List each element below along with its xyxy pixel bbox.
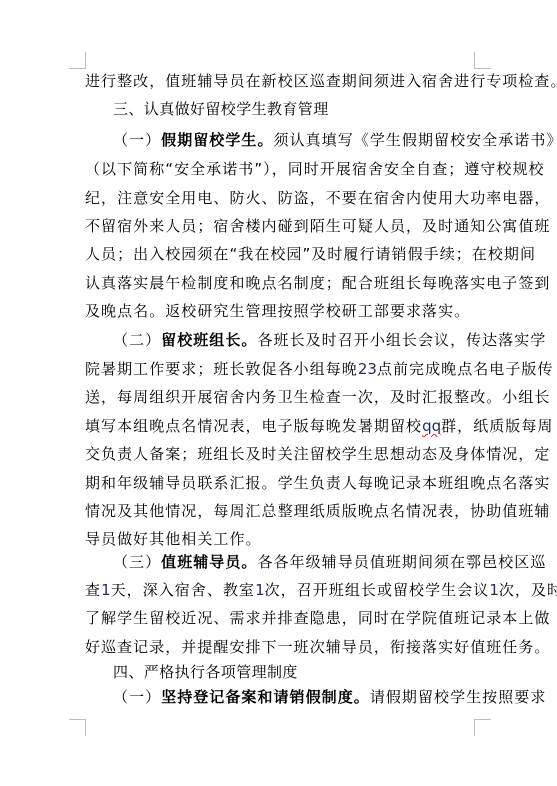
text-line: 好巡查记录，并提醒安排下一班次辅导员，衔接落实好值班任务。 bbox=[85, 637, 485, 657]
text-run: 认真落实晨午检制度和晚点名制度；配合班组长每晚落实电子签到 bbox=[85, 274, 550, 292]
text-line: 情况及其他情况，每周汇总整理纸质版晚点名情况表，协助值班辅 bbox=[85, 501, 485, 521]
text-line: 纪，注意安全用电、防火、防盗，不要在宿舍内使用大功率电器， bbox=[85, 188, 485, 208]
text-run: （二） bbox=[113, 331, 161, 349]
bold-subheading: 坚持登记备案和请销假制度。 bbox=[161, 688, 370, 706]
margin-corner-top-left bbox=[69, 52, 86, 69]
text-run: 交负责人备案；班组长及时关注留校学生思想动态及身体情况，定 bbox=[85, 445, 550, 463]
text-run: 及晚点名。返校研究生管理按照学校研工部要求落实。 bbox=[85, 302, 470, 320]
text-run: 不留宿外来人员；宿舍楼内碰到陌生可疑人员，及时通知公寓值班 bbox=[85, 217, 550, 235]
text-line: 院暑期工作要求；班长敦促各小组每晚23点前完成晚点名电子版传 bbox=[85, 359, 485, 379]
bold-subheading: 值班辅导员。 bbox=[161, 553, 257, 571]
text-run: 导员做好其他相关工作。 bbox=[85, 530, 262, 548]
text-line: 查1天，深入宿舍、教室1次，召开班组长或留校学生会议1次，及时 bbox=[85, 580, 485, 600]
bold-subheading: 假期留校学生。 bbox=[161, 131, 273, 149]
number-text: 1 bbox=[255, 581, 265, 599]
text-run: 好巡查记录，并提醒安排下一班次辅导员，衔接落实好值班任务。 bbox=[85, 638, 550, 656]
margin-corner-top-right bbox=[474, 52, 491, 69]
text-run: 次，及时 bbox=[499, 581, 557, 599]
text-line: （一）坚持登记备案和请销假制度。请假期留校学生按照要求 bbox=[113, 687, 513, 707]
text-run: 院暑期工作要求；班长敦促各小组每晚 bbox=[85, 360, 358, 378]
section-heading: 三、认真做好留校学生教育管理 bbox=[113, 99, 513, 119]
text-run: 三、认真做好留校学生教育管理 bbox=[113, 100, 329, 118]
text-run: 填写本组晚点名情况表，电子版每晚发暑期留校 bbox=[85, 417, 422, 435]
text-run: 送，每周组织开展宿舍内务卫生检查一次，及时汇报整改。小组长 bbox=[85, 388, 550, 406]
text-line: （二）留校班组长。各班长及时召开小组长会议，传达落实学 bbox=[113, 330, 513, 350]
number-text: 1 bbox=[489, 581, 499, 599]
text-line: 进行整改，值班辅导员在新校区巡查期间须进入宿舍进行专项检查。 bbox=[85, 71, 485, 91]
text-line: 交负责人备案；班组长及时关注留校学生思想动态及身体情况，定 bbox=[85, 444, 485, 464]
section-heading: 四、严格执行各项管理制度 bbox=[113, 662, 513, 682]
text-run: 了解学生留校近况、需求并排查隐患，同时在学院值班记录本上做 bbox=[85, 609, 550, 627]
number-text: 23 bbox=[358, 360, 377, 378]
text-line: 填写本组晚点名情况表，电子版每晚发暑期留校qq群，纸质版每周 bbox=[85, 416, 485, 436]
spellcheck-flagged-word: qq bbox=[422, 417, 441, 435]
text-line: （三）值班辅导员。各各年级辅导员值班期间须在鄠邑校区巡 bbox=[113, 552, 513, 572]
text-line: 期和年级辅导员联系汇报。学生负责人每晚记录本班组晚点名落实 bbox=[85, 473, 485, 493]
text-run: 进行整改，值班辅导员在新校区巡查期间须进入宿舍进行专项检查。 bbox=[85, 72, 557, 90]
text-line: 及晚点名。返校研究生管理按照学校研工部要求落实。 bbox=[85, 301, 485, 321]
text-run: （一） bbox=[113, 688, 161, 706]
document-page: 进行整改，值班辅导员在新校区巡查期间须进入宿舍进行专项检查。三、认真做好留校学生… bbox=[0, 0, 557, 786]
margin-corner-bottom-right bbox=[474, 719, 491, 736]
text-line: （以下简称“安全承诺书”），同时开展宿舍安全自查；遵守校规校 bbox=[85, 159, 485, 179]
text-run: 群，纸质版每周 bbox=[441, 417, 553, 435]
text-run: （三） bbox=[113, 553, 161, 571]
text-run: 各班长及时召开小组长会议，传达落实学 bbox=[257, 331, 546, 349]
text-run: 查 bbox=[85, 581, 101, 599]
text-run: 须认真填写《学生假期留校安全承诺书》 bbox=[274, 131, 557, 149]
bold-subheading: 留校班组长。 bbox=[161, 331, 257, 349]
margin-corner-bottom-left bbox=[69, 719, 86, 736]
text-run: 次，召开班组长或留校学生会议 bbox=[265, 581, 490, 599]
text-run: 点前完成晚点名电子版传 bbox=[377, 360, 554, 378]
text-run: （一） bbox=[113, 131, 161, 149]
text-line: 了解学生留校近况、需求并排查隐患，同时在学院值班记录本上做 bbox=[85, 608, 485, 628]
text-run: 天，深入宿舍、教室 bbox=[111, 581, 255, 599]
text-run: 期和年级辅导员联系汇报。学生负责人每晚记录本班组晚点名落实 bbox=[85, 474, 550, 492]
text-line: 导员做好其他相关工作。 bbox=[85, 529, 485, 549]
text-line: （一）假期留校学生。须认真填写《学生假期留校安全承诺书》 bbox=[113, 130, 513, 150]
text-line: 送，每周组织开展宿舍内务卫生检查一次，及时汇报整改。小组长 bbox=[85, 387, 485, 407]
text-line: 认真落实晨午检制度和晚点名制度；配合班组长每晚落实电子签到 bbox=[85, 273, 485, 293]
text-line: 不留宿外来人员；宿舍楼内碰到陌生可疑人员，及时通知公寓值班 bbox=[85, 216, 485, 236]
number-text: 1 bbox=[101, 581, 111, 599]
text-run: 人员；出入校园须在“我在校园”及时履行请销假手续；在校期间 bbox=[85, 245, 536, 263]
text-run: （以下简称“安全承诺书”），同时开展宿舍安全自查；遵守校规校 bbox=[85, 160, 545, 178]
text-run: 请假期留校学生按照要求 bbox=[370, 688, 547, 706]
text-line: 人员；出入校园须在“我在校园”及时履行请销假手续；在校期间 bbox=[85, 244, 485, 264]
text-run: 纪，注意安全用电、防火、防盗，不要在宿舍内使用大功率电器， bbox=[85, 189, 550, 207]
text-run: 情况及其他情况，每周汇总整理纸质版晚点名情况表，协助值班辅 bbox=[85, 502, 550, 520]
text-run: 四、严格执行各项管理制度 bbox=[113, 663, 298, 681]
text-run: 各各年级辅导员值班期间须在鄠邑校区巡 bbox=[257, 553, 546, 571]
